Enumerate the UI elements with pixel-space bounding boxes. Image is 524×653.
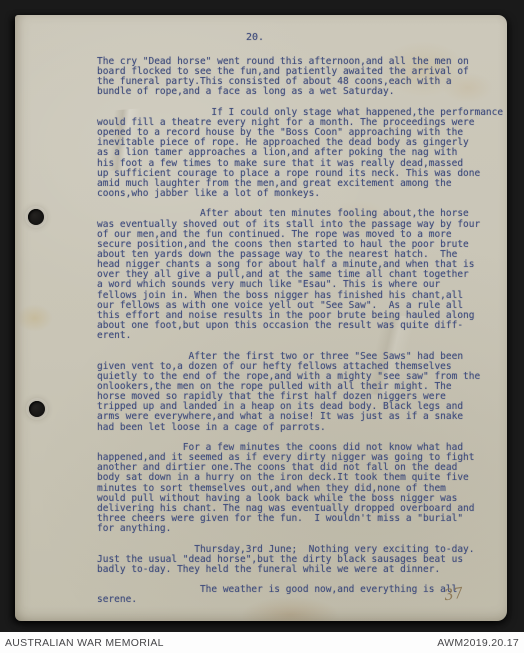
handwritten-folio-number: 37 — [443, 584, 465, 605]
typed-text: The cry "Dead horse" went round this aft… — [97, 57, 503, 605]
archive-name: AUSTRALIAN WAR MEMORIAL — [5, 637, 164, 649]
document-page: 20. The cry "Dead horse" went round this… — [15, 15, 507, 621]
archive-footer: AUSTRALIAN WAR MEMORIAL AWM2019.20.17 — [0, 632, 524, 653]
punch-hole-top — [28, 209, 44, 225]
scan-background: 20. The cry "Dead horse" went round this… — [0, 0, 524, 653]
page-number: 20. — [225, 32, 285, 43]
archive-reference: AWM2019.20.17 — [437, 637, 519, 649]
punch-hole-bottom — [29, 401, 45, 417]
